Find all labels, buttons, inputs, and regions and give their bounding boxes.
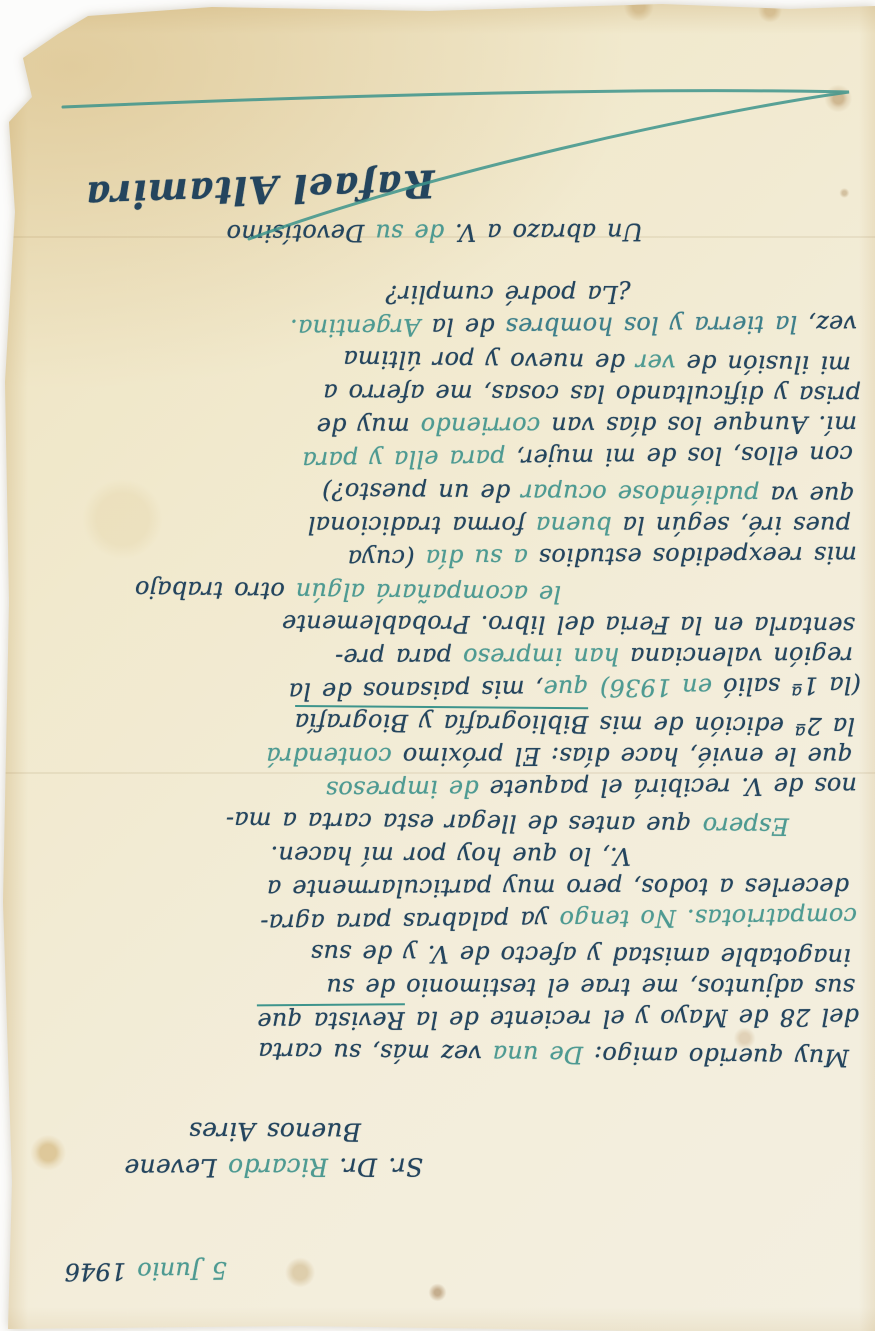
- handwriting-segment: del 28 de Mayo y el reciente de la: [405, 1003, 859, 1034]
- handwriting-segment: mis reexpedidos estudios: [528, 541, 857, 572]
- letter-line: ¿La podré cumplir?: [0, 277, 631, 310]
- handwriting-segment: mi ilusión de: [675, 349, 851, 379]
- letter-line: vez, la tierra y los hombres de la Argen…: [0, 307, 857, 347]
- handwriting-segment: de su: [375, 219, 444, 247]
- letter-line: Sr. Dr. Ricardo Levene: [124, 1148, 423, 1185]
- letter-line: con ellos, los de mi mujer, para ella y …: [0, 437, 853, 480]
- handwriting-segment: Devotísimo: [226, 219, 375, 248]
- letter-line: del 28 de Mayo y el reciente de la Revis…: [0, 1000, 859, 1040]
- handwriting-segment: 1946: [64, 1257, 126, 1286]
- handwriting-segment: vez más, su carta: [258, 1037, 482, 1068]
- letter-recipient: Sr. Dr. Ricardo LeveneBuenos Aires: [124, 1113, 423, 1185]
- handwriting-segment: Sr. Dr.: [328, 1152, 423, 1181]
- handwriting-segment: buena: [536, 511, 612, 539]
- letter-line: región valenciana han impreso para pre-: [0, 638, 853, 674]
- letter-line: (la 1ª salió en 1936) que, mis paisanos …: [0, 668, 861, 711]
- handwriting-segment: que va: [759, 481, 855, 510]
- handwriting-segment: mí. Aunque los días van: [540, 410, 857, 439]
- letter-content-rotated: 5 Junio 1946 Sr. Dr. Ricardo LeveneBueno…: [0, 0, 875, 1331]
- handwriting-segment: Buenos Aires: [189, 1117, 361, 1147]
- letter-line: V., lo que hoy por mí hacen.: [0, 837, 631, 872]
- handwriting-segment: ¿La podré cumplir?: [385, 280, 631, 308]
- handwriting-segment: inagotable amistad y afecto de V. y de s…: [311, 939, 851, 971]
- handwriting-segment: han impreso: [463, 642, 619, 671]
- handwriting-segment: pudiéndose ocupar: [521, 479, 760, 509]
- handwriting-segment: sentarla en la Feria del libro. Probable…: [282, 609, 855, 639]
- handwriting-segment: Argentina.: [290, 313, 421, 342]
- handwriting-segment: Ricardo: [217, 1153, 328, 1182]
- handwriting-segment: Levene: [124, 1153, 217, 1182]
- handwriting-segment: para pre-: [335, 643, 463, 671]
- handwriting-segment: (la 1ª salió: [712, 671, 861, 701]
- handwriting-segment: (cuya: [347, 544, 425, 573]
- paper-wrap: 5 Junio 1946 Sr. Dr. Ricardo LeveneBueno…: [0, 0, 875, 1331]
- handwriting-segment: sus adjuntos, me trae el testimonio de s…: [326, 973, 855, 1001]
- handwriting-segment: en 1936) que: [543, 673, 712, 703]
- handwriting-segment: ver: [636, 348, 676, 376]
- handwriting-segment: , mis paisanos de la: [288, 675, 543, 706]
- handwriting-segment: con ellos, los de mi mujer,: [505, 440, 853, 472]
- handwriting-segment: para ella y para: [302, 444, 506, 474]
- handwriting-segment: decerles a todos, pero muy particularmen…: [267, 872, 849, 902]
- scanned-letter-page: 5 Junio 1946 Sr. Dr. Ricardo LeveneBueno…: [0, 0, 875, 1331]
- letter-line: 5 Junio 1946: [64, 1253, 227, 1288]
- handwriting-segment: forma tradicional: [308, 511, 536, 539]
- handwriting-segment: corriendo: [420, 412, 540, 440]
- handwriting-segment: Espero: [702, 812, 789, 841]
- handwriting-segment: que antes de llegar esta carta a ma-: [226, 806, 703, 839]
- handwriting-segment: nos de V. recibirá el paquete: [479, 772, 858, 803]
- aged-paper: 5 Junio 1946 Sr. Dr. Ricardo LeveneBueno…: [0, 0, 875, 1331]
- handwriting-segment: V., lo que hoy por mí hacen.: [270, 841, 631, 870]
- letter-date: 5 Junio 1946: [64, 1254, 227, 1287]
- handwriting-segment: de la: [420, 312, 505, 341]
- handwriting-segment: vez,: [797, 310, 857, 338]
- handwriting-segment: 5 Junio: [126, 1256, 227, 1285]
- handwriting-segment: ya palabras para agra-: [260, 905, 559, 936]
- handwriting-segment: Muy querido amigo:: [583, 1041, 849, 1072]
- letter-line: nos de V. recibirá el paquete de impreso…: [0, 769, 857, 809]
- letter-line: pues iré, según la buena forma tradicion…: [0, 508, 851, 541]
- letter-line: le acompañará algún otro trabajo: [0, 571, 561, 610]
- handwriting-segment: contendrá: [266, 742, 392, 770]
- handwriting-segment: de nuevo y por última: [343, 345, 636, 376]
- handwriting-segment: Revista que: [257, 1003, 405, 1035]
- handwriting-segment: Bibliografía y Biografía: [294, 705, 588, 738]
- letter-line: mí. Aunque los días van corriendo muy de: [0, 407, 857, 443]
- handwriting-segment: la 2ª edición de mis: [588, 710, 855, 740]
- letter-line: sus adjuntos, me trae el testimonio de s…: [0, 970, 855, 1003]
- letter-line: Buenos Aires: [124, 1113, 361, 1150]
- letter-line: compatriotas. No tengo ya palabras para …: [0, 899, 857, 942]
- letter-line: que le envié, hace días: El próximo cont…: [0, 739, 853, 772]
- letter-line: decerles a todos, pero muy particularmen…: [0, 869, 849, 905]
- handwriting-segment: de impresos: [326, 775, 479, 804]
- handwriting-segment: que le envié, hace días: El próximo: [392, 742, 853, 770]
- handwriting-segment: región valenciana: [619, 641, 853, 670]
- handwriting-segment: De una: [482, 1040, 584, 1069]
- handwriting-segment: le acompañará algún: [285, 577, 562, 608]
- handwriting-segment: muy de: [316, 412, 420, 440]
- handwriting-segment: Un abrazo a V.: [444, 218, 643, 247]
- handwriting-segment: otro trabajo: [135, 575, 285, 605]
- handwriting-segment: a su día: [425, 543, 528, 572]
- letter-line: sentarla en la Feria del libro. Probable…: [0, 605, 855, 641]
- handwriting-segment: pues iré, según la: [612, 511, 851, 539]
- letter-line: mis reexpedidos estudios a su día (cuya: [0, 538, 857, 578]
- handwriting-segment: de un puesto?): [322, 477, 521, 507]
- letter-line: prisa y dificultando las cosas, me aferr…: [0, 374, 861, 410]
- handwriting-segment: compatriotas. No tengo: [559, 902, 857, 933]
- handwriting-segment: prisa y dificultando las cosas, me aferr…: [323, 379, 861, 409]
- signature: Rafael Altamira: [0, 161, 436, 221]
- handwriting-segment: la tierra y los hombres: [505, 310, 797, 340]
- letter-closing: Un abrazo a V. de su Devotísimo: [0, 215, 643, 250]
- letter-body: Muy querido amigo: De una vez más, su ca…: [0, 169, 875, 1069]
